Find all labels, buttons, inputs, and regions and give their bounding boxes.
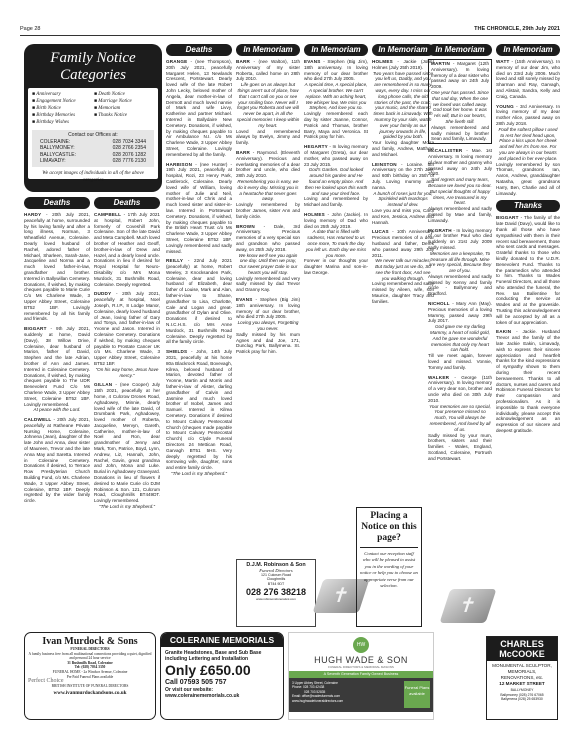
column-memoriam-3: In Memoriam HOLMES - Jackie (John) Holme… [372, 44, 434, 504]
notice-signoff: Your loving daughter Moira and family, A… [372, 140, 434, 157]
notice-entry: HOLMES - John (Jackie). In loving memory… [304, 212, 368, 276]
column-deaths-2: Deaths CAMPBELL - 17th July 2021 at hosp… [94, 197, 160, 627]
notice-signoff: Sadly missed by his mum Agnes and dad Jo… [236, 332, 300, 355]
office-row: LIMAVADY:028 7776 2130 [40, 158, 146, 165]
notice-text: - 20th July 2021, peacefully at hospital… [94, 291, 160, 366]
notice-surname: GRANGE [166, 59, 187, 64]
notice-verse: Loving you always, Forgetting you never. [236, 320, 300, 332]
column-memoriam-4: In Memoriam MARTIN - Margaret (12th Anni… [428, 44, 492, 624]
accept-note: We accept images of individuals in all o… [32, 170, 154, 184]
notice-text: - 20th July 2021, peacefully at home, su… [24, 212, 90, 321]
notice-signoff: Always remembered and sadly missed by Ma… [428, 206, 492, 223]
notice-verse: Sad regrets and many tears, Because we l… [428, 177, 492, 206]
notice-surname: HARDY [24, 212, 41, 217]
notice-surname: SHIELDS [166, 349, 187, 354]
notice-entry: CALDWELL - 20th July 2021, peacefully at… [24, 417, 90, 504]
notice-signoff: Lovingly remembered by brother James, si… [236, 202, 300, 219]
section-header-memoriam: In Memoriam [372, 44, 434, 56]
notice-verse: "The Lord is my Shepherd." [94, 504, 160, 510]
notice-verse: Fooll the softest pillow I used to rest … [496, 127, 560, 162]
notice-text: - (15th Anniversary). In memory of our d… [496, 59, 560, 99]
category-item: Memoriam [94, 105, 154, 112]
notice-entry: SHIELDS - John, 14th July 2021, peaceful… [166, 349, 232, 477]
notice-surname: BARR [236, 150, 250, 155]
notice-entry: LUCAS - 10th Anniversary. Precious memor… [372, 229, 434, 304]
notice-entry: EVANS - Stephen (Big Jim) 18th anniversa… [236, 297, 300, 355]
contact-offices: Contact our Offices at: COLERAINE:028 70… [32, 130, 154, 167]
notice-entry: WALKER - George (11th Anniversary). In l… [428, 375, 492, 462]
notice-signoff: Till we meet again, forever loved and mi… [428, 353, 492, 370]
notice-entry: NICHOLL - Mary Ann (May). Precious memor… [428, 301, 492, 371]
notice-entry: WATT - (15th Anniversary). In memory of … [496, 59, 560, 100]
notice-surname: MARTIN [431, 61, 450, 66]
notice-surname: DUDDY [94, 291, 111, 296]
notice-surname: GILLAN [94, 382, 112, 387]
notice-surname: McGRATH [428, 228, 452, 233]
notice-entry: BIGGART - 9th July 2021, suddenly at hom… [24, 326, 90, 413]
notice-verse: "The Lord is my Shepherd." [166, 471, 232, 477]
ad-placing-notice: Placing a Notice on this page? Contact o… [356, 507, 422, 627]
notice-entry: McCALLISTER - Mae. 1st Anniversary. In l… [428, 148, 492, 223]
ad-hugh-wade: HW HUGH WADE & SON FUNERAL DIRECTORS & M… [288, 632, 434, 720]
notice-entry: CAMPBELL - 17th July 2021 at hospital, R… [94, 212, 160, 287]
notice-verse: Two years have passed since you left us,… [372, 71, 434, 141]
notice-surname: YOUNG [496, 104, 514, 109]
notice-entry: HARBISON - (nee Hunter) - 19th July 2021… [166, 162, 232, 255]
notice-entry: EVANS - Stephen (Big Jim), 18th annivers… [304, 59, 368, 140]
column-memoriam-2: In Memoriam EVANS - Stephen (Big Jim), 1… [304, 44, 368, 504]
notice-entry: HOLMES - Jackie (John) Holmes (July 25th… [372, 59, 434, 158]
section-header-memoriam: In Memoriam [304, 44, 368, 56]
coleraine-memorials-url[interactable]: www.colerainememorials.co.uk [165, 693, 279, 699]
notice-entry: REILLY - 22nd July 2021 (peacefully) at … [166, 258, 232, 345]
notice-verse: Life goes on as always but things aren't… [236, 82, 300, 128]
notice-verse: We know we'll see you again one day. Unt… [236, 253, 300, 276]
notice-signoff: Lovingly remembered by son Thomas, grand… [496, 162, 560, 197]
category-item: Birthday Memories [32, 112, 92, 119]
notice-surname: LEINSTON [372, 162, 397, 167]
ad-robinson-funeral-directors: D.J.M. Robinson & Son Funeral Directors … [236, 559, 316, 627]
notice-text: - The family of the late David (Davy), w… [496, 215, 560, 324]
notice-surname: HOLMES [304, 212, 325, 217]
notice-entry: BIGGART - The family of the late David (… [496, 215, 560, 325]
column-memoriam-thanks: In Memoriam WATT - (15th Anniversary). I… [496, 44, 560, 629]
section-header-deaths: Deaths [94, 197, 160, 209]
notice-entry: BARR - (nee Walton), 11th Anniversary of… [236, 59, 300, 146]
notice-surname: BARR [236, 59, 250, 64]
section-header-deaths: Deaths [24, 197, 90, 209]
notice-text: - 17th July 2021 at hospital, Robert Joh… [94, 212, 160, 287]
notice-signoff: Always remembered and sadly missed by Ke… [428, 274, 492, 297]
notice-signoff: Loving and remembered by Michael and fam… [304, 196, 368, 208]
section-header-deaths: Deaths [166, 44, 232, 56]
notice-surname: EVANS [236, 297, 253, 302]
notice-entry: EAKIN - Jackie. Husband Trevor and the f… [496, 329, 560, 433]
notice-text: - (nee Thompson), 20th July 2021, peacef… [166, 59, 232, 157]
notice-verse: A bunch of roses just for you, Sprinkled… [372, 191, 434, 208]
ad-coleraine-memorials: COLERAINE MEMORIALS Granite Headstones, … [160, 632, 284, 720]
column-deaths-3: Deaths GRANGE - (nee Thompson), 20th Jul… [166, 44, 232, 624]
notice-verse: One year has passed. Since that sad day,… [431, 90, 489, 125]
notice-entry: McGRATH - In loving memory of our brothe… [428, 228, 492, 298]
notice-surname: HEGARTY [304, 144, 328, 149]
notice-surname: BIGGART [496, 215, 519, 220]
notice-surname: BROWN [236, 224, 255, 229]
notice-verse: God gave me my darling Mammy, a heart of… [428, 324, 492, 353]
notice-signoff: Always remembered and sadly missed by br… [431, 125, 489, 142]
notice-surname: REILLY [166, 258, 183, 263]
notice-text: - 9th July 2021, suddenly at home, David… [24, 326, 90, 406]
notice-verse: We never talk our miracles, But today ju… [372, 258, 434, 281]
notice-entry: BROWN - Dale, 3rd Anniversary. Precious … [236, 224, 300, 294]
category-item: Anniversary [32, 91, 92, 98]
notice-signoff: Loving remembered and sadly missed by Ai… [372, 281, 434, 304]
notice-signoff: Sadly missed by your mum, brothers, sist… [428, 433, 492, 462]
page-number: Page 28 [20, 26, 41, 32]
notice-signoff: Loved and remembered always by Evelyn, J… [236, 129, 300, 146]
category-item: Birthday Wishes [32, 119, 92, 126]
categories-list: Anniversary Death Notice Engagement Noti… [32, 91, 154, 126]
notice-surname: NICHOLL [428, 301, 450, 306]
section-header-memoriam: In Memoriam [428, 44, 492, 56]
notice-verse: Remembering you is easy, we do it every … [236, 179, 300, 202]
notice-signoff: Lovingly remembered each day by sister J… [304, 111, 368, 140]
section-header-thanks: Thanks [496, 200, 560, 212]
notice-entry: BARR - Raymond. (Eleventh Anniversary). … [236, 150, 300, 220]
notice-text: - (nee Hunter) - 19th July 2021, peacefu… [166, 162, 232, 254]
notice-signoff: Love you and miss you, Carol and Ken, Je… [372, 208, 434, 225]
notice-verse: Your memories are so special, Your prese… [428, 404, 492, 433]
notice-verse: At peace with the Lord. [24, 407, 90, 413]
notice-verse: "On his way home, Jesus have mercy." [94, 367, 160, 379]
newspaper-title: THE CHRONICLE, 29th July 2021 [474, 26, 560, 32]
notice-entry: DUDDY - 20th July 2021, peacefully at ho… [94, 291, 160, 378]
notice-surname: EAKIN [496, 329, 511, 334]
categories-title: Family Notice Categories [28, 50, 158, 84]
notice-verse: Memories are a keepsake, To treasure all… [428, 251, 492, 274]
notice-entry: GRANGE - (nee Thompson), 20th July 2021,… [166, 59, 232, 158]
category-item: Death Notice [94, 91, 154, 98]
notice-surname: McCALLISTER [428, 148, 462, 153]
section-header-memoriam: In Memoriam [496, 44, 560, 56]
notice-entry: GILLAN - (nee Cooper) July 15th 2021, pe… [94, 382, 160, 510]
category-item: Birth Notice [32, 105, 92, 112]
notice-text: - Jackie. Husband Trevor and the family … [496, 329, 560, 433]
newspaper-page: Page 28 THE CHRONICLE, 29th July 2021 Fa… [20, 24, 560, 714]
notice-entry: LEINSTON - Loraine. 5th Anniversary on t… [372, 162, 434, 226]
category-item: Marriage Notice [94, 98, 154, 105]
notice-verse: A date that is filled with sadness, Has … [304, 229, 368, 258]
notice-surname: HOLMES [372, 59, 393, 64]
notice-verse: A special time, A special place, A speci… [304, 82, 368, 111]
notice-entry: HEGARTY - In loving memory of Margaret (… [304, 144, 368, 208]
notice-text: - (nee Cooper) July 15th 2021, peacefull… [94, 382, 160, 503]
categories-box: Family Notice Categories Anniversary Dea… [24, 44, 162, 192]
notice-text: - John, 14th July 2021, peacefully at hi… [166, 349, 232, 470]
notice-surname: WALKER [428, 375, 449, 380]
column-memoriam-1: In Memoriam BARR - (nee Walton), 11th An… [236, 44, 300, 554]
ivan-murdock-url[interactable]: www.ivanmurdockandsons.co.uk [28, 690, 152, 696]
notice-surname: CAMPBELL [94, 212, 121, 217]
section-header-memoriam: In Memoriam [236, 44, 300, 56]
ad-charles-mccooke: CHARLESMcCOOKE MONUMENTAL SCULPTOR, MEMO… [486, 636, 558, 720]
notice-surname: CALDWELL [24, 417, 51, 422]
notice-entry: HARDY - 20th July 2021, peacefully at ho… [24, 212, 90, 322]
notice-surname: LUCAS [372, 229, 389, 234]
notice-surname: HARBISON [166, 162, 192, 167]
category-item: Engagement Notice [32, 98, 92, 105]
notice-surname: EVANS [304, 59, 321, 64]
notice-verse: God's Garden. God looked around his gard… [304, 167, 368, 196]
ad-ivan-murdock: Ivan Murdock & Sons FUNERAL DIRECTORS A … [24, 632, 156, 720]
notice-signoff: Forever in our thoughts your daughter Ma… [304, 258, 368, 275]
notice-surname: WATT [496, 59, 509, 64]
category-item: Thanks Notice [94, 112, 154, 119]
masthead: Page 28 THE CHRONICLE, 29th July 2021 [20, 24, 560, 36]
notice-signoff: Lovingly remembered and very sadly misse… [236, 276, 300, 293]
notice-text: - 20th July 2021, peacefully at Ratheane… [24, 417, 90, 503]
notice-entry: YOUNG - 3rd Anniversary. In loving memor… [496, 104, 560, 197]
column-deaths-1: Deaths HARDY - 20th July 2021, peacefull… [24, 197, 90, 627]
hugh-wade-logo: HW [353, 637, 369, 653]
notice-text: - 22nd July 2021 (peacefully) at home, R… [166, 258, 232, 344]
notice-entry: MARTIN - Margaret (12th Anniversary). In… [428, 59, 492, 144]
notice-surname: BIGGART [24, 326, 47, 331]
